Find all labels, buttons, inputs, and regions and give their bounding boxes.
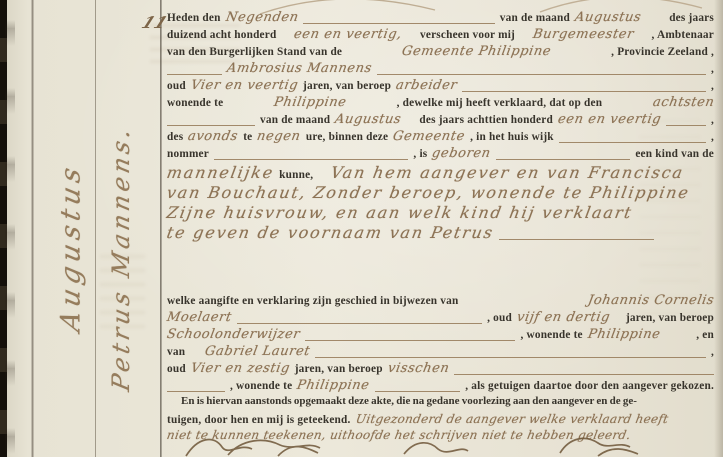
handwritten-text: Vier en veertig xyxy=(190,78,300,93)
record-line: welke aangifte en verklaring zijn geschi… xyxy=(167,293,714,310)
spacer xyxy=(665,337,691,338)
blank-rule xyxy=(377,63,706,75)
printed-text: te xyxy=(243,131,252,143)
handwritten-text: Van hem aangever en van Francisca xyxy=(330,163,686,182)
record-line: Schoolonderwijzer, wonende tePhilippine,… xyxy=(167,327,714,344)
handwritten-text: geboren xyxy=(431,146,492,161)
record-line: oudVier en veertigjaren, van beroeparbei… xyxy=(167,78,714,95)
blank-rule xyxy=(496,148,630,160)
record-line: duizend acht honderdeen en veertig,versc… xyxy=(167,27,714,44)
handwritten-text: Ambrosius Mannens xyxy=(226,61,373,76)
blank-rule xyxy=(375,380,460,392)
printed-text: jaren, van beroep xyxy=(295,363,383,375)
record-text: Heden denNegendenvan de maandAugustusdes… xyxy=(167,10,714,443)
handwritten-text: Moelaert xyxy=(166,310,233,325)
handwritten-text: Philippine xyxy=(586,327,661,342)
handwritten-text: Philippine xyxy=(272,95,347,110)
printed-text: , wonende te xyxy=(230,380,292,392)
margin-child-name-annotation: Petrus Mannens. xyxy=(107,122,135,393)
printed-text: , in het huis wijk xyxy=(470,131,554,143)
handwritten-text: Gemeente xyxy=(392,129,467,144)
printed-text: , en xyxy=(696,329,714,341)
printed-text: kunne, xyxy=(279,169,313,181)
margin-month-annotation: Augustus xyxy=(56,160,87,334)
handwritten-text: Philippine xyxy=(296,378,371,393)
blank-rule xyxy=(214,148,408,160)
printed-text: oud xyxy=(167,80,186,92)
spacer xyxy=(646,20,664,21)
record-line: desavondstenegenure, binnen dezeGemeente… xyxy=(167,129,714,146)
blank-rule xyxy=(462,80,706,92)
printed-text: , xyxy=(711,114,714,126)
handwritten-text: Augustus xyxy=(334,112,403,127)
printed-text: verscheen voor mij xyxy=(420,29,515,41)
blank-rule xyxy=(305,329,515,341)
printed-text: van den Burgerlijken Stand van de xyxy=(167,46,342,58)
record-line: te geven de voornaam van Petrus xyxy=(167,223,714,243)
printed-text: welke aangifte en verklaring zijn geschi… xyxy=(167,295,459,307)
handwritten-text: een en veertig xyxy=(557,112,663,127)
record-line: wonende tePhilippine, dewelke mij heeft … xyxy=(167,95,714,112)
spacer xyxy=(406,122,414,123)
handwritten-text: Augustus xyxy=(574,10,643,25)
handwritten-text: Vier en zestig xyxy=(190,361,292,376)
printed-text: tuigen, door hen en mij is geteekend. xyxy=(167,414,351,426)
printed-text: , als getuigen daartoe door den aangever… xyxy=(465,380,714,392)
handwritten-text: van Bouchaut, Zonder beroep, wonende te … xyxy=(165,183,691,202)
blank-rule xyxy=(167,63,222,75)
handwritten-text: Negenden xyxy=(224,10,299,25)
record-line: , wonende tePhilippine, als getuigen daa… xyxy=(167,378,714,395)
printed-text: Heden den xyxy=(167,12,221,24)
printed-text: , dewelke mij heeft verklaard, dat op de… xyxy=(397,97,603,109)
printed-text: oud xyxy=(167,363,186,375)
spacer xyxy=(615,320,621,321)
handwritten-text: Gabriel Lauret xyxy=(204,344,312,359)
handwritten-text: visschen xyxy=(386,361,450,376)
blank-rule xyxy=(167,380,225,392)
handwritten-text: Johannis Cornelis xyxy=(587,293,716,308)
record-line: van den Burgerlijken Stand van deGemeent… xyxy=(167,44,714,61)
printed-text: wonende te xyxy=(167,97,223,109)
record-line: Moelaert, oudvijf en dertigjaren, van be… xyxy=(167,310,714,327)
printed-text: jaren, van beroep xyxy=(303,80,391,92)
record-line: van de maandAugustusdes jaars achttien h… xyxy=(167,112,714,129)
spacer xyxy=(659,237,714,238)
blank-rule xyxy=(559,131,706,143)
margin-rule-left xyxy=(95,0,96,457)
handwritten-text: Burgemeester xyxy=(532,27,636,42)
record-line: Heden denNegendenvan de maandAugustusdes… xyxy=(167,10,714,27)
record-line: En is hiervan aanstonds opgemaakt deze a… xyxy=(167,395,714,412)
handwritten-text: Gemeente Philippine xyxy=(401,44,553,59)
handwritten-text: arbeider xyxy=(395,78,459,93)
printed-text: , oud xyxy=(487,312,512,324)
printed-text: nommer xyxy=(167,148,209,160)
printed-text: , xyxy=(711,131,714,143)
blank-rule xyxy=(303,12,495,24)
blank-rule xyxy=(237,312,482,324)
printed-text: des xyxy=(167,131,183,143)
blank-rule xyxy=(454,363,714,375)
handwritten-text: te geven de voornaam van Petrus xyxy=(165,223,495,242)
printed-text: ure, binnen deze xyxy=(306,131,388,143)
margin-rule-right xyxy=(160,0,162,457)
handwritten-text: niet te kunnen teekenen, uithoofde het s… xyxy=(166,428,632,442)
printed-text: van xyxy=(167,346,185,358)
printed-text: van de maand xyxy=(500,12,570,24)
document-page: Augustus Petrus Mannens. 11 Heden denNeg… xyxy=(0,0,723,457)
printed-text: jaren, van beroep xyxy=(626,312,714,324)
printed-text: , wonende te xyxy=(520,329,582,341)
printed-text: van de maand xyxy=(260,114,330,126)
handwritten-text: negen xyxy=(256,129,302,144)
printed-text: En is hiervan aanstonds opgemaakt deze a… xyxy=(181,395,637,407)
handwritten-text: vijf en dertig xyxy=(516,310,612,325)
record-line: niet te kunnen teekenen, uithoofde het s… xyxy=(167,428,714,444)
page-right-shade xyxy=(714,0,723,457)
record-line: nommer, isgeboreneen kind van de xyxy=(167,146,714,163)
printed-text: , Provincie Zeeland , xyxy=(611,46,714,58)
spacer xyxy=(190,354,200,355)
printed-text: , Ambtenaar xyxy=(652,29,714,41)
printed-text: des jaars xyxy=(669,12,714,24)
record-line: oudVier en zestigjaren, van beroepvissch… xyxy=(167,361,714,378)
record-line: mannelijkekunne,Van hem aangever en van … xyxy=(167,163,714,183)
printed-text: , xyxy=(711,80,714,92)
printed-text: , xyxy=(711,63,714,75)
handwritten-text: Schoolonderwijzer xyxy=(166,327,302,342)
record-line: van Bouchaut, Zonder beroep, wonende te … xyxy=(167,183,714,203)
record-line: vanGabriel Lauret, xyxy=(167,344,714,361)
blank-rule xyxy=(666,114,706,126)
record-line: Ambrosius Mannens, xyxy=(167,61,714,78)
handwritten-text: Uitgezonderd de aangever welke verklaard… xyxy=(354,412,669,426)
handwritten-text: mannelijke xyxy=(165,163,276,182)
printed-text: duizend acht honderd xyxy=(167,29,276,41)
edge-smudges xyxy=(5,0,15,457)
record-line: Zijne huisvrouw, en aan welk kind hij ve… xyxy=(167,203,714,223)
record-line: tuigen, door hen en mij is geteekend.Uit… xyxy=(167,412,714,428)
printed-text: , xyxy=(711,346,714,358)
handwritten-text: achtsten xyxy=(651,95,715,110)
spacer xyxy=(318,177,326,178)
blank-rule xyxy=(167,114,255,126)
blank-rule xyxy=(315,346,706,358)
handwritten-text: een en veertig, xyxy=(293,27,404,42)
printed-text: een kind van de xyxy=(635,148,714,160)
printed-text: , is xyxy=(413,148,427,160)
fold-line xyxy=(31,0,34,457)
blank-rule xyxy=(499,228,654,240)
printed-text: des jaars achttien honderd xyxy=(419,114,553,126)
handwritten-text: Zijne huisvrouw, en aan welk kind hij ve… xyxy=(165,203,634,222)
handwritten-text: avonds xyxy=(187,129,240,144)
